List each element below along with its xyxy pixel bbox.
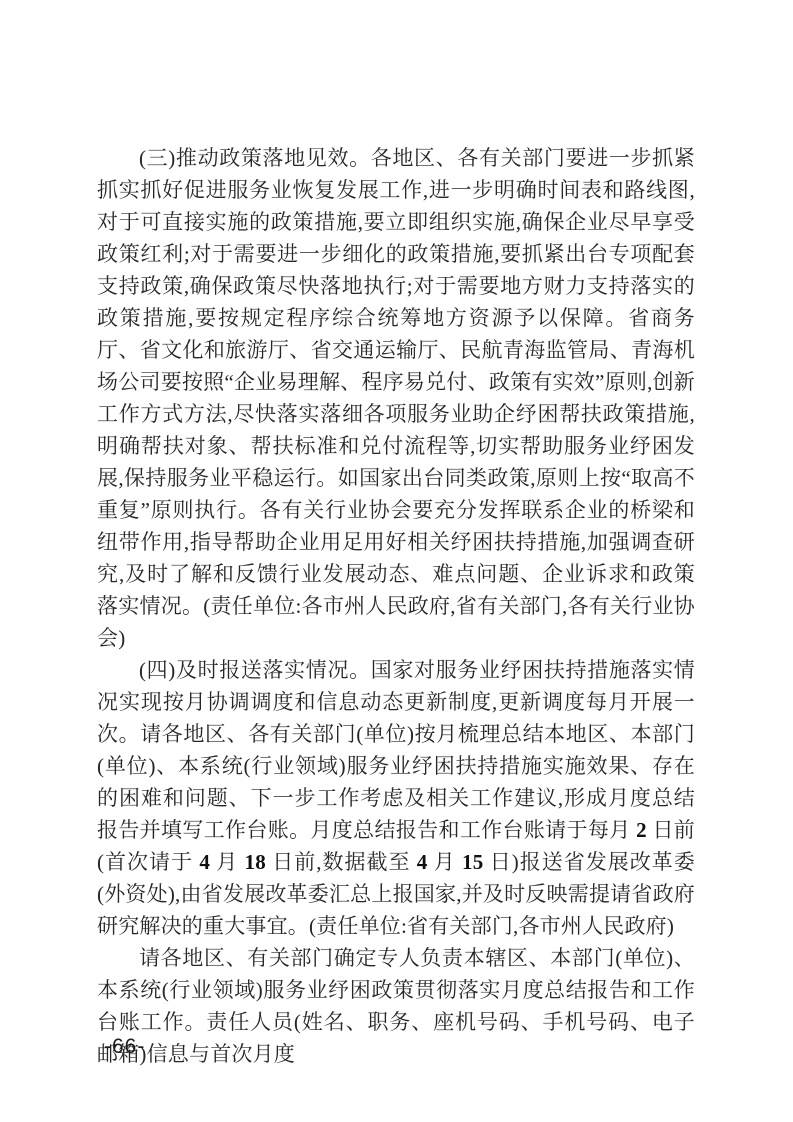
paragraph-text-segment: 月 — [428, 850, 463, 874]
bold-date-number: 4 — [199, 850, 210, 874]
paragraph-text-segment: 月 — [210, 850, 245, 874]
paragraph-text-segment: (四)及时报送落实情况。国家对服务业纾困扶持措施落实情况实现按月协调调度和信息动… — [97, 658, 695, 842]
page-number: -66- — [104, 1035, 145, 1059]
document-page: (三)推动政策落地见效。各地区、各有关部门要进一步抓紧抓实抓好促进服务业恢复发展… — [0, 0, 793, 1122]
text-block: (三)推动政策落地见效。各地区、各有关部门要进一步抓紧抓实抓好促进服务业恢复发展… — [97, 142, 695, 1070]
paragraph-section-5: 请各地区、有关部门确定专人负责本辖区、本部门(单位)、本系统(行业领域)服务业纾… — [97, 942, 695, 1070]
paragraph-text-segment: 日前,数据截至 — [266, 850, 417, 874]
bold-date-number: 18 — [245, 850, 266, 874]
bold-date-number: 2 — [636, 818, 647, 842]
paragraph-section-4: (四)及时报送落实情况。国家对服务业纾困扶持措施落实情况实现按月协调调度和信息动… — [97, 654, 695, 942]
paragraph-section-3: (三)推动政策落地见效。各地区、各有关部门要进一步抓紧抓实抓好促进服务业恢复发展… — [97, 142, 695, 654]
bold-date-number: 15 — [462, 850, 483, 874]
bold-date-number: 4 — [417, 850, 428, 874]
